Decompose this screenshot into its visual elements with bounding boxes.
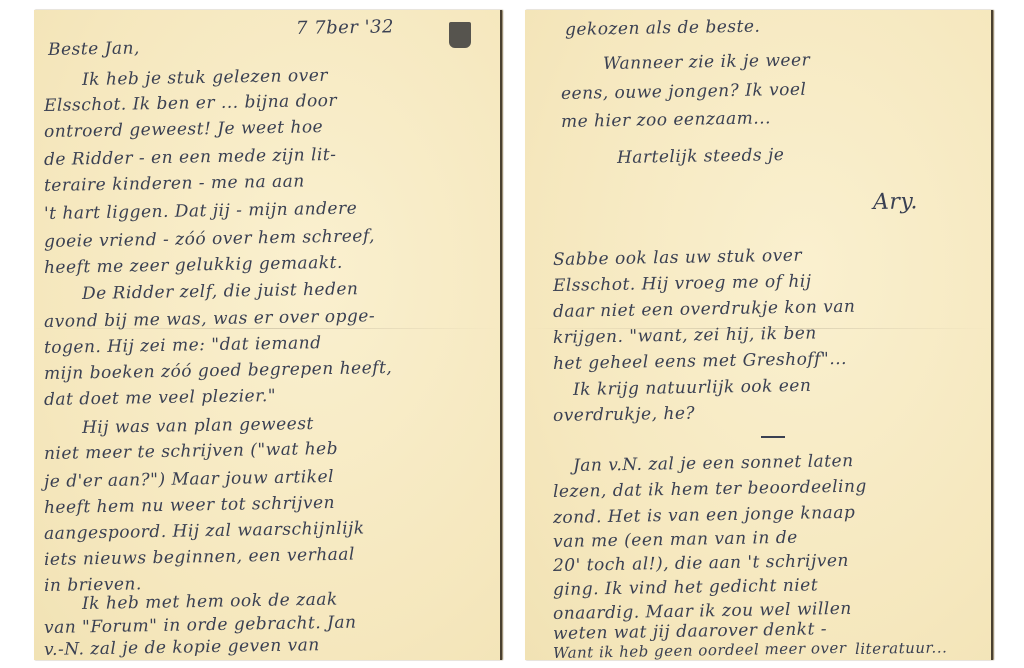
text-line: je d'er aan?") Maar jouw artikel [44,467,334,492]
text-line: daar niet een overdrukje kon van [553,297,856,322]
text-line: zond. Het is van een jonge knaap [553,503,856,528]
text-line: goeie vriend - zóó over hem schreef, [44,226,375,252]
separator-dash [761,436,785,438]
text-line: heeft hem nu weer tot schrijven [44,493,335,518]
text-line: me hier zoo eenzaam... [561,108,771,132]
text-line: Jan v.N. zal je een sonnet laten [573,451,854,476]
text-line: Ik heb met hem ook de zaak [82,590,338,614]
closing-line: Hartelijk steeds je [617,145,785,168]
text-line: de Ridder - en een mede zijn lit- [44,145,337,170]
text-line: van me (een man van in de [553,528,798,552]
text-line: Want ik heb geen oordeel meer over [553,639,847,662]
text-line: Sabbe ook las uw stuk over [553,246,802,270]
text-line: het geheel eens met Greshoff"... [553,349,847,374]
letter-page-left: 7 7ber '32 Beste Jan, Ik heb je stuk gel… [34,10,502,660]
letter-date: 7 7ber '32 [296,16,394,39]
text-line: literatuur... [855,638,948,658]
text-line: aangespoord. Hij zal waarschijnlijk [44,518,365,544]
text-line: Ik krijg natuurlijk ook een [573,376,812,400]
text-line: van "Forum" in orde gebracht. Jan [44,613,357,638]
text-line: togen. Hij zei me: "dat iemand [44,333,322,358]
text-line: Elsschot. Hij vroeg me of hij [553,271,812,296]
text-line: Ik heb je stuk gelezen over [82,66,328,90]
text-line: eens, ouwe jongen? Ik voel [561,80,807,104]
salutation: Beste Jan, [48,38,140,60]
text-line: heeft me zeer gelukkig gemaakt. [44,253,343,278]
signature: Ary. [873,189,918,215]
text-line: 't hart liggen. Dat jij - mijn andere [44,199,358,224]
text-line: overdrukje, he? [553,404,695,426]
text-line: niet meer te schrijven ("wat heb [44,439,338,464]
text-line: ging. Ik vind het gedicht niet [553,575,818,600]
text-line: iets nieuws beginnen, een verhaal [44,545,355,570]
text-line: krijgen. "want, zei hij, ik ben [553,323,817,348]
text-line: teraire kinderen - me na aan [44,171,305,196]
text-line: Wanneer zie ik je weer [603,50,811,74]
text-line: gekozen als de beste. [565,17,761,40]
ink-stain-mark [449,22,471,48]
letter-page-right: gekozen als de beste. Wanneer zie ik je … [525,10,993,660]
text-line: Hij was van plan geweest [82,414,314,438]
text-line: v.-N. zal je de kopie geven van [44,635,320,660]
text-line: De Ridder zelf, die juist heden [82,279,359,304]
text-line: 20' toch al!), die aan 't schrijven [553,551,849,576]
text-line: ontroerd geweest! Je weet hoe [44,117,323,142]
text-line: dat doet me veel plezier." [44,386,276,410]
text-line: Elsschot. Ik ben er ... bijna door [44,91,337,116]
text-line: lezen, dat ik hem ter beoordeeling [553,477,867,502]
text-line: mijn boeken zóó goed begrepen heeft, [44,358,393,384]
